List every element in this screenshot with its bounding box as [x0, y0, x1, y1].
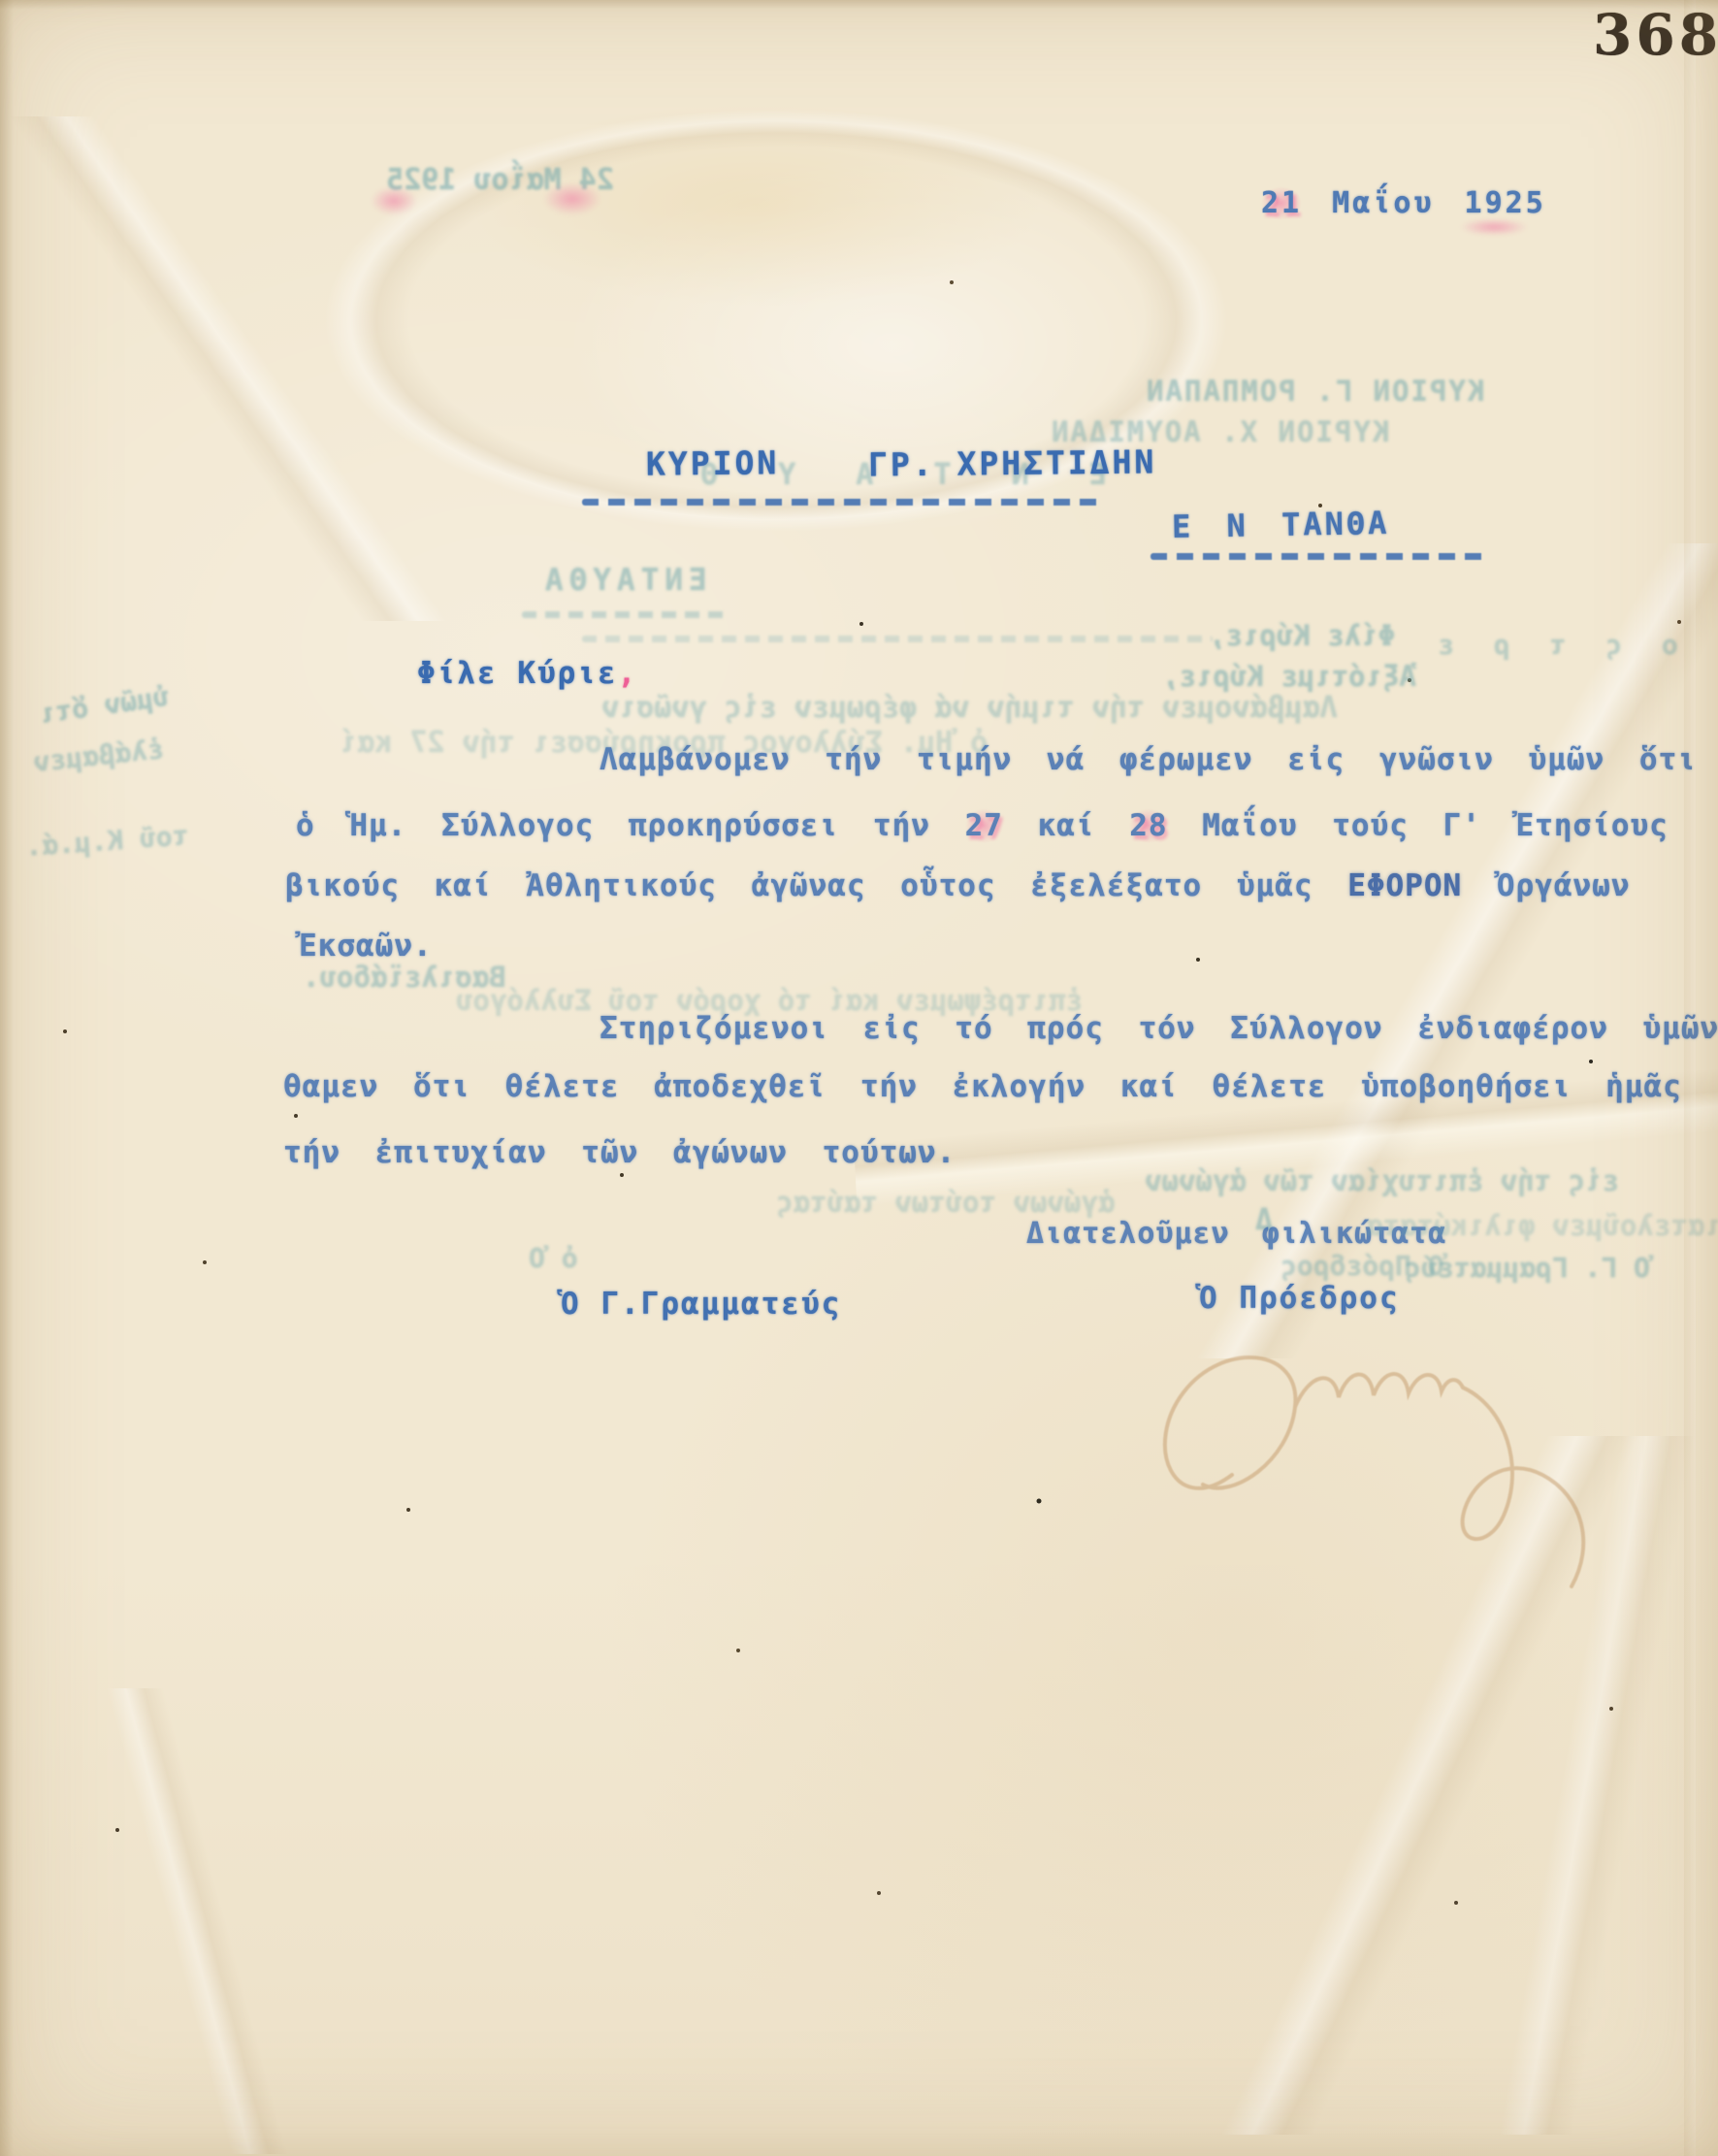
recipient-name: ΓΡ. ΧΡΗΣΤΙΔΗΝ: [868, 442, 1157, 483]
para1-line3-pre: βικούς καί Ἀθλητικούς ἀγῶνας οὗτος ἐξελέ…: [285, 868, 1347, 903]
president-signature: [1086, 1290, 1630, 1611]
salutation-comma: ,: [618, 656, 638, 691]
scanned-letter-page: 368 24 Μαΐου 1925 21 Μαΐου 1925 ΚΥΡΙΟΝ Γ…: [0, 0, 1718, 2156]
para2-line3: τήν ἐπιτυχίαν τῶν ἀγώνων τούτων.: [283, 1135, 956, 1170]
recipient-underline: [582, 499, 1101, 506]
ghost-salutation-1: Φίλε Κύριε,: [1209, 619, 1395, 652]
date-27: 27: [965, 808, 1003, 843]
signature-title-secretary: Ὁ Γ.Γραμματεύς: [561, 1287, 841, 1322]
ghost-mid-3: εἰς τήν ἐπιτυχίαν τῶν ἀγώνων: [1145, 1164, 1619, 1197]
date-day: 21: [1261, 186, 1302, 220]
date-line: 21 Μαΐου 1925: [1261, 186, 1546, 220]
edge-right: [1684, 0, 1696, 2156]
ghost-left-margin-3: τοῦ Κ.μ.ά.: [24, 819, 189, 863]
salutation-text: Φίλε Κύριε: [417, 656, 618, 691]
ghost-strip-right: ο ς τ ρ ε: [1426, 629, 1678, 661]
para1-line2: ὁ Ἡμ. Σύλλογος προκηρύσσει τήν 27 καί 28…: [296, 808, 1669, 843]
ghost-left-margin-1: ὑμῶν ὅτι: [37, 680, 171, 730]
para2-line1: Στηριζόμενοι εἰς τό πρός τόν Σύλλογον ἐν…: [600, 1011, 1718, 1046]
para1-line1: Λαμβάνομεν τήν τιμήν νά φέρωμεν εἰς γνῶσ…: [600, 742, 1697, 777]
ghost-president: Ὁ Πρόεδρος: [1280, 1250, 1444, 1282]
ghost-underline-long: [582, 636, 1213, 642]
ghost-body-1: Λαμβάνομεν τήν τιμήν νά φέρωμεν εἰς γνῶσ…: [601, 691, 1338, 725]
date-rest: Μαΐου 1925: [1302, 186, 1546, 220]
ghost-oo: ὁ Ὁ: [529, 1242, 578, 1274]
para2-line2: θαμεν ὅτι θέλετε ἀποδεχθεῖ τήν ἐκλογήν κ…: [283, 1069, 1682, 1104]
pink-smudge: [1460, 218, 1528, 236]
recipient-city: Ε Ν ΤΑΝΘΑ: [1172, 505, 1390, 545]
paper-specks: [0, 0, 2, 2]
page-number: 368: [1593, 2, 1718, 68]
salutation: Φίλε Κύριε,: [417, 656, 637, 691]
pink-smudge: [371, 186, 417, 215]
ghost-address-line1: ΚΥΡΙΟΝ Γ. ΡΟΜΠΑΠΑΝ: [1145, 375, 1484, 408]
city-underline: [1151, 553, 1485, 560]
para1-line3-post: Ὀργάνων: [1462, 868, 1630, 903]
para1-line2-pre: ὁ Ἡμ. Σύλλογος προκηρύσσει τήν: [296, 808, 965, 843]
eforon-emphasis: ΕΦΟΡΟΝ: [1347, 868, 1462, 903]
edge-top: [0, 0, 1718, 10]
para1-line2-post: Μαΐου τούς Γ' Ἐτησίους: [1168, 808, 1669, 843]
edge-left: [0, 0, 14, 2156]
ghost-underline: [522, 611, 730, 618]
ghost-left-margin-2: ἐλάβαμεν: [32, 733, 166, 778]
recipient-title: ΚΥΡΙΟΝ: [646, 443, 780, 482]
ghost-mid-4: ἀγώνων τούτων ταύτας: [776, 1186, 1115, 1219]
crease-bottom-left: [0, 1688, 446, 2154]
para1-line3: βικούς καί Ἀθλητικούς ἀγῶνας οὗτος ἐξελέ…: [285, 868, 1630, 903]
ghost-salutation-2: Ἀξιότιμε Κύριε,: [1162, 660, 1416, 693]
ghost-closing: Διατελοῦμεν φιλικώτατα: [1366, 1209, 1718, 1242]
ghost-entautha: ΕΝΤΑΥΘΑ: [539, 563, 707, 598]
pink-smudge: [543, 182, 601, 215]
date-28: 28: [1129, 808, 1167, 843]
para1-line4: Ἐκσαῶν.: [299, 929, 433, 964]
para1-line2-mid: καί: [1003, 808, 1129, 843]
